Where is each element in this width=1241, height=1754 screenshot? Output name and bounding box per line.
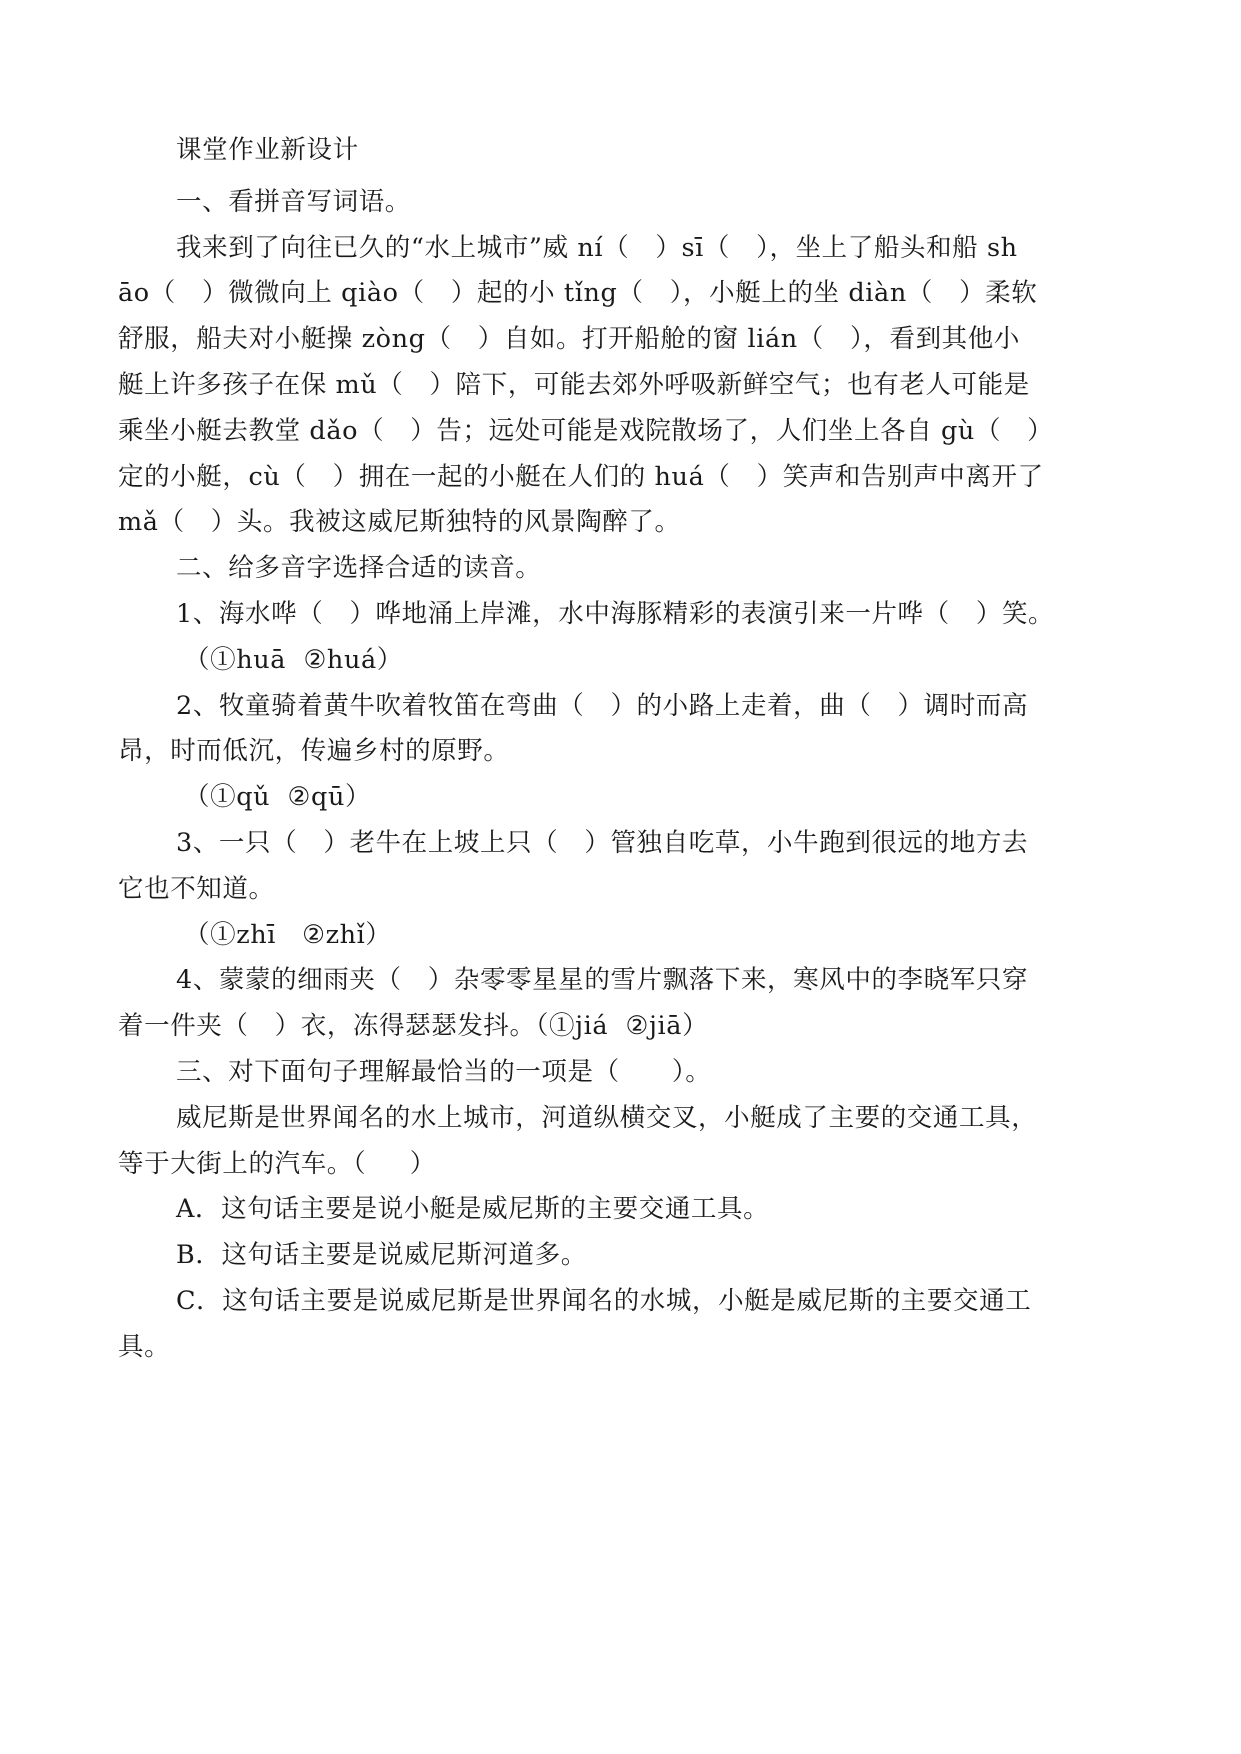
choice-c-cont: 具。 — [118, 1325, 1148, 1371]
question-2-text-cont: 昂，时而低沉，传遍乡村的原野。 — [118, 729, 1148, 775]
page-title: 课堂作业新设计 — [118, 128, 1148, 174]
section-1-heading: 一、看拼音写词语。 — [118, 180, 1148, 226]
section-3-heading: 三、对下面句子理解最恰当的一项是（ ）。 — [118, 1050, 1148, 1096]
choice-a: A．这句话主要是说小艇是威尼斯的主要交通工具。 — [118, 1187, 1148, 1233]
section-2-heading: 二、给多音字选择合适的读音。 — [118, 546, 1148, 592]
question-4-text: 4、蒙蒙的细雨夹（ ）杂零零星星的雪片飘落下来，寒风中的李晓军只穿 — [118, 958, 1148, 1004]
question-3-options: （①zhī ②zhǐ） — [118, 913, 1148, 959]
section-1-text-line: mǎ（ ）头。我被这威尼斯独特的风景陶醉了。 — [118, 500, 1148, 546]
choice-c: C．这句话主要是说威尼斯是世界闻名的水城，小艇是威尼斯的主要交通工 — [118, 1279, 1148, 1325]
question-2-options: （①qǔ ②qū） — [118, 775, 1148, 821]
section-1-text-line: 舒服，船夫对小艇操 zòng（ ）自如。打开船舱的窗 lián（ ），看到其他小 — [118, 317, 1148, 363]
worksheet-page: 课堂作业新设计 一、看拼音写词语。 我来到了向往已久的“水上城市”威 ní（ ）… — [118, 128, 1148, 1371]
section-1-text-line: 我来到了向往已久的“水上城市”威 ní（ ）sī（ ），坐上了船头和船 sh — [118, 226, 1148, 272]
section-3-sentence-cont: 等于大街上的汽车。（ ） — [118, 1142, 1148, 1188]
question-1-options: （①huā ②huá） — [118, 638, 1148, 684]
question-1-text: 1、海水哗（ ）哗地涌上岸滩，水中海豚精彩的表演引来一片哗（ ）笑。 — [118, 592, 1148, 638]
section-1-text-line: āo（ ）微微向上 qiào（ ）起的小 tǐng（ ），小艇上的坐 diàn（… — [118, 271, 1148, 317]
question-2-text: 2、牧童骑着黄牛吹着牧笛在弯曲（ ）的小路上走着，曲（ ）调时而高 — [118, 684, 1148, 730]
question-4-text-cont: 着一件夹（ ）衣，冻得瑟瑟发抖。（①jiá ②jiā） — [118, 1004, 1148, 1050]
question-3-text: 3、一只（ ）老牛在上坡上只（ ）管独自吃草，小牛跑到很远的地方去 — [118, 821, 1148, 867]
choice-b: B．这句话主要是说威尼斯河道多。 — [118, 1233, 1148, 1279]
section-1-text-line: 定的小艇，cù（ ）拥在一起的小艇在人们的 huá（ ）笑声和告别声中离开了 — [118, 455, 1148, 501]
question-3-text-cont: 它也不知道。 — [118, 867, 1148, 913]
section-3-sentence: 威尼斯是世界闻名的水上城市，河道纵横交叉，小艇成了主要的交通工具， — [118, 1096, 1148, 1142]
section-1-text-line: 乘坐小艇去教堂 dǎo（ ）告；远处可能是戏院散场了，人们坐上各自 gù（ ） — [118, 409, 1148, 455]
section-1-text-line: 艇上许多孩子在保 mǔ（ ）陪下，可能去郊外呼吸新鲜空气；也有老人可能是 — [118, 363, 1148, 409]
